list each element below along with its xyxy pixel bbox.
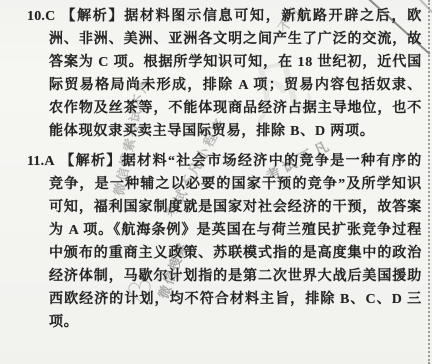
scanned-answer-page: 微信搜索考试不凡 考试不凡小程序 考试不凡 微信搜索 不凡 ♡ 凡 10.C【解… [0, 0, 432, 364]
answer-item-11: 11.A【解析】据材料“社会市场经济中的竞争是一种有序的竞争，是一种辅之以必要的… [27, 150, 422, 334]
answer-explanations: 10.C【解析】据材料图示信息可知，新航路开辟之后，欧洲、非洲、美洲、亚洲各文明… [27, 5, 422, 334]
explanation-text: 据材料图示信息可知，新航路开辟之后，欧洲、非洲、美洲、亚洲各文明之间产生了广泛的… [49, 9, 422, 139]
column-divider-dotted-line [428, 0, 430, 364]
answer-item-10: 10.C【解析】据材料图示信息可知，新航路开辟之后，欧洲、非洲、美洲、亚洲各文明… [27, 5, 422, 143]
explanation-text: 据材料“社会市场经济中的竞争是一种有序的竞争，是一种辅之以必要的国家干预的竞争”… [49, 154, 422, 330]
analysis-tag: 【解析】 [60, 154, 122, 169]
item-number-answer: 11.A [27, 154, 55, 169]
analysis-tag: 【解析】 [60, 9, 124, 24]
item-number-answer: 10.C [27, 9, 55, 24]
